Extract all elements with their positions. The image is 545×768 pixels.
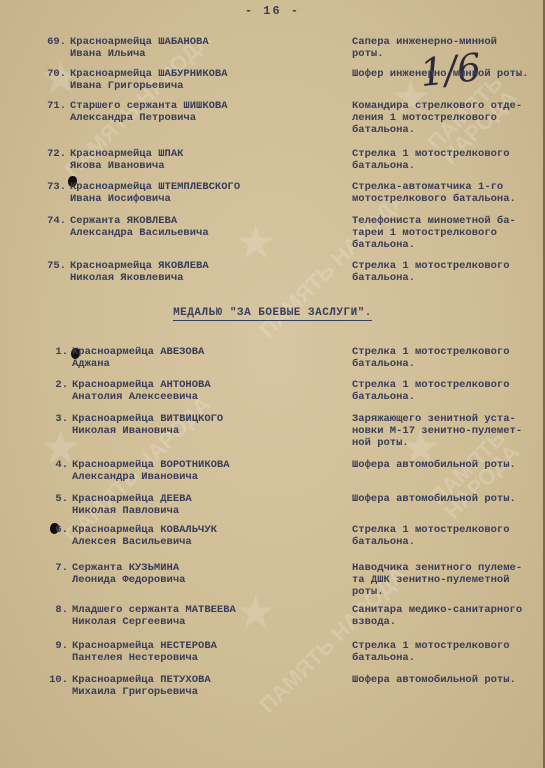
entry-number: 8. — [42, 604, 68, 616]
entry-number: 73. — [40, 181, 66, 193]
entry-position: Телефониста минометной ба- тареи 1 мотос… — [352, 215, 532, 251]
given-names: Ивана Иосифовича — [70, 193, 240, 205]
entry-number: 6. — [42, 524, 68, 536]
entry-name: Сержанта ЯКОВЛЕВААлександра Васильевича — [70, 215, 209, 239]
entry-name: Красноармейца ЯКОВЛЕВАНиколая Яковлевича — [70, 260, 209, 284]
entry-position: Сапера инженерно-минной роты. — [352, 36, 532, 60]
entry-name: Красноармейца ШАБАНОВАИвана Ильича — [70, 36, 209, 60]
rank-surname: Старшего сержанта ШИШКОВА — [70, 100, 228, 112]
rank-surname: Красноармейца АНТОНОВА — [72, 379, 211, 391]
entry-number: 7. — [42, 562, 68, 574]
entry-number: 4. — [42, 459, 68, 471]
given-names: Николая Ивановича — [72, 425, 223, 437]
entry-position: Стрелка 1 мотострелкового батальона. — [352, 148, 532, 172]
entry-name: Красноармейца ШПАКЯкова Ивановича — [70, 148, 183, 172]
given-names: Александра Ивановича — [72, 471, 230, 483]
entry-name: Красноармейца АНТОНОВААнатолия Алексееви… — [72, 379, 211, 403]
entry-position: Шофера автомобильной роты. — [352, 674, 532, 686]
entry-number: 2. — [42, 379, 68, 391]
entry-number: 74. — [40, 215, 66, 227]
rank-surname: Красноармейца ШТЕМПЛЕВСКОГО — [70, 181, 240, 193]
entry-number: 3. — [42, 413, 68, 425]
given-names: Николая Сергеевича — [72, 616, 236, 628]
entry-number: 9. — [42, 640, 68, 652]
document-page: - 16 - ★ ПАМЯТЬ НАРОДА ★ ПАМЯТЬ НАРОДА ★… — [0, 0, 545, 768]
entry-number: 71. — [40, 100, 66, 112]
watermark-star-icon: ★ — [235, 215, 276, 269]
rank-surname: Красноармейца КОВАЛЬЧУК — [72, 524, 217, 536]
entry-number: 70. — [40, 68, 66, 80]
entry-position: Стрелка 1 мотострелкового батальона. — [352, 640, 532, 664]
rank-surname: Красноармейца АВЕЗОВА — [72, 346, 204, 358]
given-names: Николая Яковлевича — [70, 272, 209, 284]
given-names: Анатолия Алексеевича — [72, 391, 211, 403]
given-names: Аджана — [72, 358, 204, 370]
rank-surname: Красноармейца ШАБУРНИКОВА — [70, 68, 228, 80]
rank-surname: Красноармейца НЕСТЕРОВА — [72, 640, 217, 652]
rank-surname: Красноармейца ШПАК — [70, 148, 183, 160]
entry-position: Санитара медико-санитарного взвода. — [352, 604, 532, 628]
entry-name: Сержанта КУЗЬМИНАЛеонида Федоровича — [72, 562, 185, 586]
given-names: Михаила Григорьевича — [72, 686, 211, 698]
entry-position: Командира стрелкового отде- ления 1 мото… — [352, 100, 532, 136]
given-names: Ивана Григорьевича — [70, 80, 228, 92]
rank-surname: Красноармейца ВОРОТНИКОВА — [72, 459, 230, 471]
entry-position: Шофера автомобильной роты. — [352, 459, 532, 471]
given-names: Леонида Федоровича — [72, 574, 185, 586]
given-names: Пантелея Нестеровича — [72, 652, 217, 664]
given-names: Александра Васильевича — [70, 227, 209, 239]
entry-position: Стрелка-автоматчика 1-го мотострелкового… — [352, 181, 532, 205]
entry-position: Шофера автомобильной роты. — [352, 493, 532, 505]
page-number: - 16 - — [0, 4, 545, 18]
rank-surname: Красноармейца ДЕЕВА — [72, 493, 192, 505]
section-title: МЕДАЛЬЮ "ЗА БОЕВЫЕ ЗАСЛУГИ". — [0, 307, 545, 319]
given-names: Ивана Ильича — [70, 48, 209, 60]
rank-surname: Красноармейца ВИТВИЦКОГО — [72, 413, 223, 425]
rank-surname: Красноармейца ПЕТУХОВА — [72, 674, 211, 686]
watermark-star-icon: ★ — [235, 585, 276, 639]
entry-name: Старшего сержанта ШИШКОВААлександра Петр… — [70, 100, 228, 124]
rank-surname: Сержанта ЯКОВЛЕВА — [70, 215, 209, 227]
given-names: Николая Павловича — [72, 505, 192, 517]
entry-number: 1. — [42, 346, 68, 358]
entry-number: 69. — [40, 36, 66, 48]
entry-name: Красноармейца ВИТВИЦКОГОНиколая Иванович… — [72, 413, 223, 437]
entry-position: Наводчика зенитного пулеме- та ДШК зенит… — [352, 562, 532, 598]
rank-surname: Сержанта КУЗЬМИНА — [72, 562, 185, 574]
given-names: Александра Петровича — [70, 112, 228, 124]
rank-surname: Младшего сержанта МАТВЕЕВА — [72, 604, 236, 616]
entry-position: Шофер инженерно-минной роты. — [352, 68, 532, 80]
entry-name: Красноармейца ПЕТУХОВАМихаила Григорьеви… — [72, 674, 211, 698]
entry-name: Красноармейца КОВАЛЬЧУКАлексея Васильеви… — [72, 524, 217, 548]
entry-number: 72. — [40, 148, 66, 160]
entry-name: Красноармейца ДЕЕВАНиколая Павловича — [72, 493, 192, 517]
entry-position: Стрелка 1 мотострелкового батальона. — [352, 260, 532, 284]
entry-name: Красноармейца ШАБУРНИКОВАИвана Григорьев… — [70, 68, 228, 92]
entry-position: Стрелка 1 мотострелкового батальона. — [352, 524, 532, 548]
entry-name: Красноармейца НЕСТЕРОВАПантелея Нестеров… — [72, 640, 217, 664]
entry-position: Стрелка 1 мотострелкового батальона. — [352, 346, 532, 370]
entry-position: Заряжающего зенитной уста- новки М-17 зе… — [352, 413, 532, 449]
entry-name: Красноармейца АВЕЗОВААджана — [72, 346, 204, 370]
entry-name: Младшего сержанта МАТВЕЕВАНиколая Сергее… — [72, 604, 236, 628]
entry-name: Красноармейца ШТЕМПЛЕВСКОГОИвана Иосифов… — [70, 181, 240, 205]
section-title-text: МЕДАЛЬЮ "ЗА БОЕВЫЕ ЗАСЛУГИ". — [173, 307, 372, 321]
entry-number: 5. — [42, 493, 68, 505]
entry-number: 75. — [40, 260, 66, 272]
given-names: Якова Ивановича — [70, 160, 183, 172]
entry-number: 10. — [42, 674, 68, 686]
entry-position: Стрелка 1 мотострелкового батальона. — [352, 379, 532, 403]
rank-surname: Красноармейца ЯКОВЛЕВА — [70, 260, 209, 272]
entry-name: Красноармейца ВОРОТНИКОВААлександра Иван… — [72, 459, 230, 483]
rank-surname: Красноармейца ШАБАНОВА — [70, 36, 209, 48]
given-names: Алексея Васильевича — [72, 536, 217, 548]
